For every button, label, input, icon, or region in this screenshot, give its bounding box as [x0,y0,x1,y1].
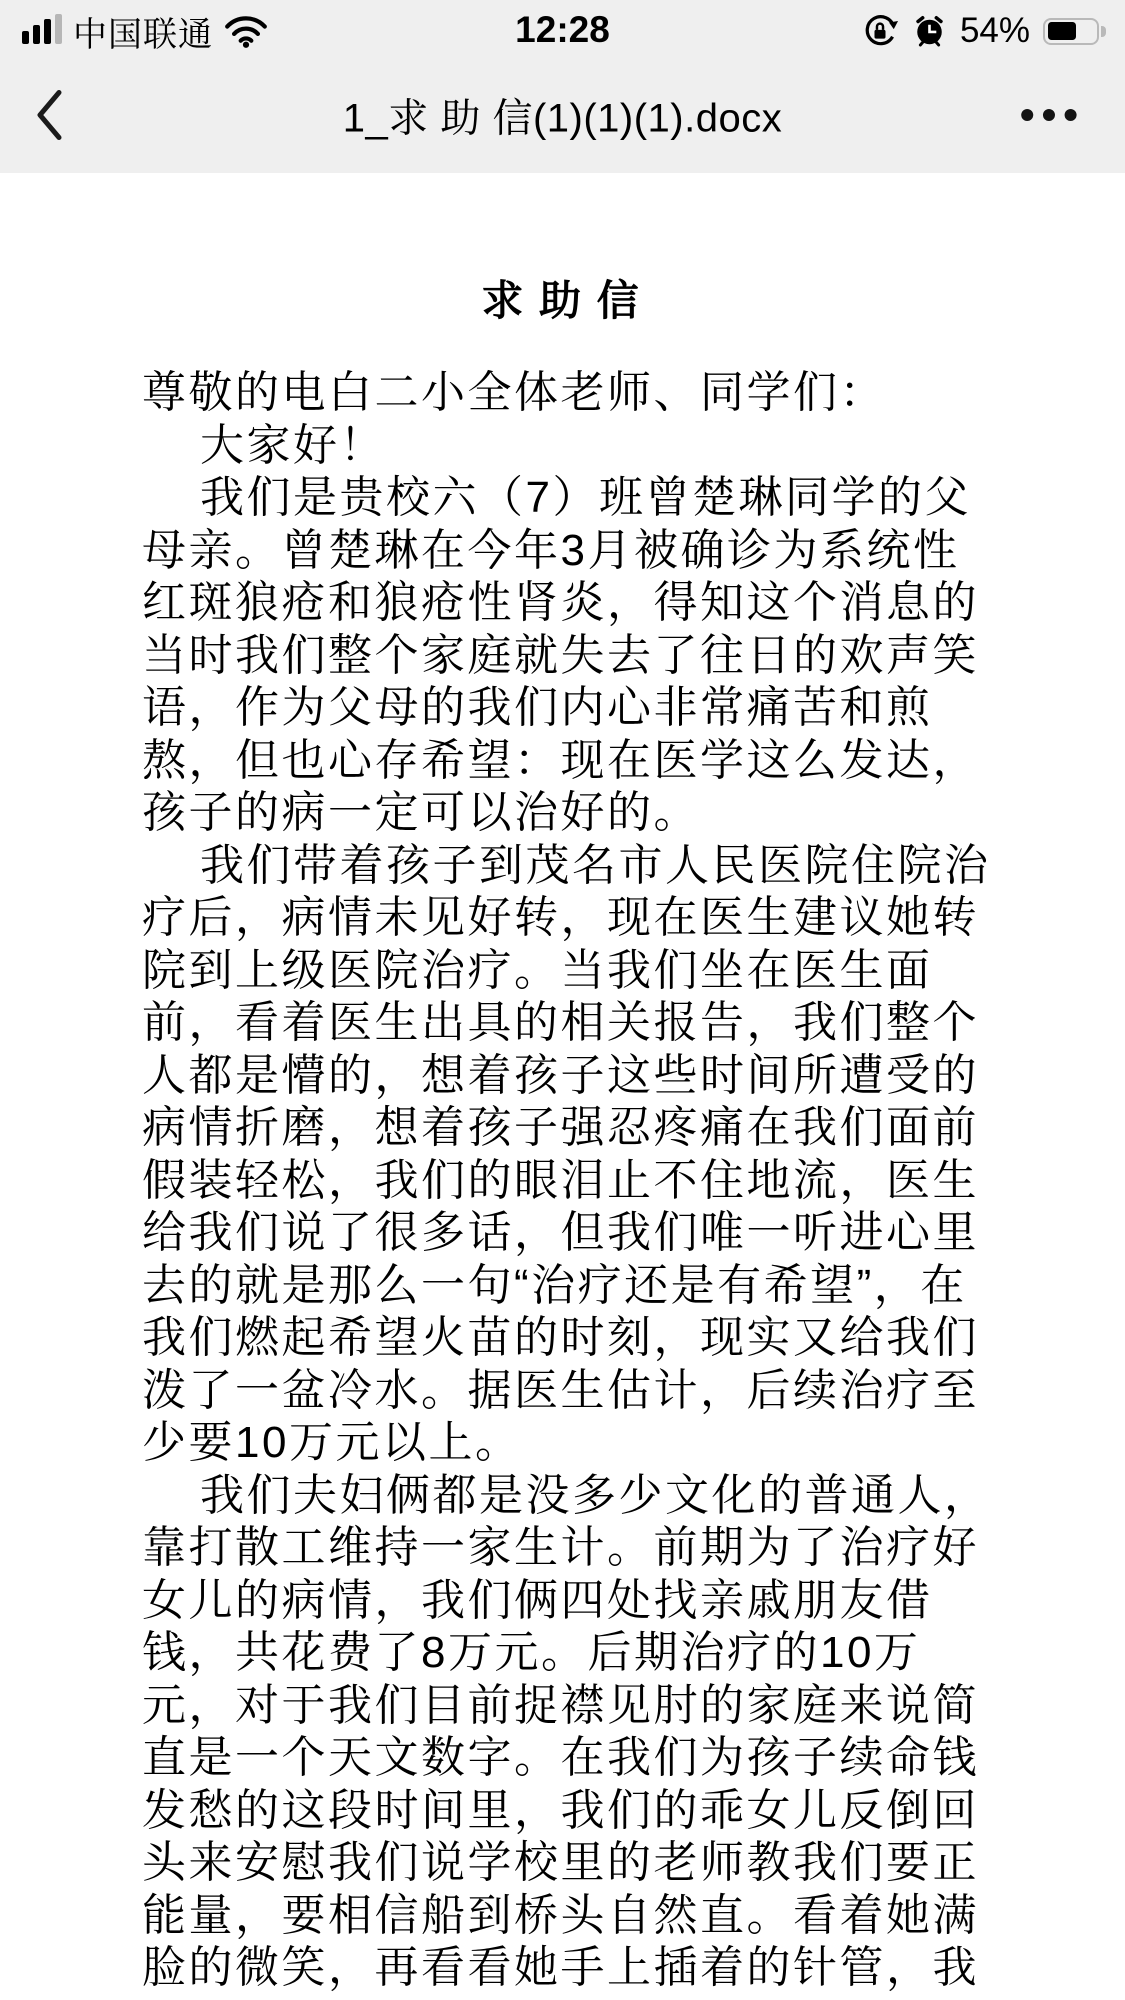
rotation-lock-icon [861,12,899,50]
chevron-left-icon [36,89,63,141]
app-header: 中国联通 12:28 [0,0,1125,173]
ellipsis-icon: ••• [1020,105,1085,125]
paragraph-greeting: 大家好！ [142,420,980,473]
paragraph-hospital: 我们带着孩子到茂名市人民医院住院治 疗后，病情未见好转，现在医生建议她转 院到上… [142,840,980,1470]
nav-bar: 1_求 助 信(1)(1)(1).docx ••• [0,56,1125,173]
phone-screen: 中国联通 12:28 [0,0,1125,2000]
paragraph-diagnosis: 我们是贵校六（7）班曾楚琳同学的父 母亲。曾楚琳在今年3月被确诊为系统性 红斑狼… [142,472,980,840]
battery-icon [1043,18,1099,45]
back-button[interactable] [36,80,86,150]
status-bar: 中国联通 12:28 [0,6,1125,56]
document-title: 求 助 信 [142,275,980,327]
salutation-line: 尊敬的电白二小全体老师、同学们： [142,367,980,420]
more-button[interactable]: ••• [1020,105,1085,125]
file-title: 1_求 助 信(1)(1)(1).docx [120,86,1005,143]
battery-nub [1101,26,1106,37]
status-right-cluster: 54% [861,6,1107,56]
paragraph-family: 我们夫妇俩都是没多少文化的普通人， 靠打散工维持一家生计。前期为了治疗好 女儿的… [142,1470,980,1995]
battery-percent-label: 54% [960,11,1030,51]
alarm-icon [912,13,947,49]
battery-fill [1048,22,1076,40]
document-page[interactable]: 求 助 信 尊敬的电白二小全体老师、同学们： 大家好！ 我们是贵校六（7）班曾楚… [0,173,1125,2000]
